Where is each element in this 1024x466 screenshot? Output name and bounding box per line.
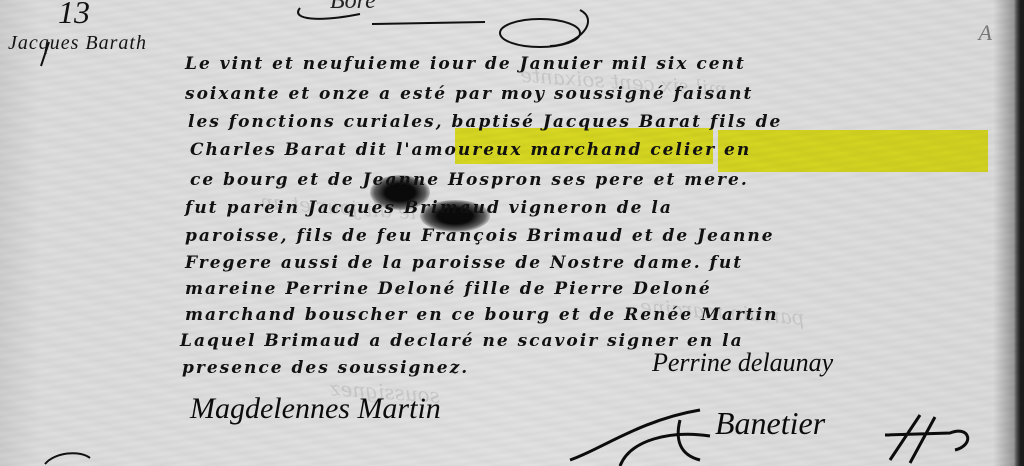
record-line-4: Charles Barat dit l'amoureux marchand ce… [190, 142, 751, 159]
record-line-6: fut parein Jacques Brimaud vigneron de l… [185, 200, 673, 217]
record-line-7: paroisse, fils de feu François Brimaud e… [185, 228, 775, 245]
paraph-flourish [880, 405, 980, 466]
entry-number: 13 [58, 0, 90, 31]
record-line-3: les fonctions curiales, baptisé Jacques … [188, 114, 782, 131]
next-entry-mark [40, 448, 100, 466]
scanned-register-page: mil six cent soixante le dit jour et an … [0, 0, 1024, 466]
header-flourish [280, 0, 600, 50]
record-line-12: presence des soussignez. [182, 360, 469, 377]
signature-banetier: Banetier [715, 405, 825, 442]
record-line-2: soixante et onze a esté par moy soussign… [185, 86, 753, 103]
signature-perrine-delaunay: Perrine delaunay [652, 348, 833, 378]
record-line-9: mareine Perrine Deloné fille de Pierre D… [185, 281, 712, 298]
margin-stroke [35, 40, 55, 70]
corner-mark: A [979, 20, 992, 46]
signature-magdelennes-martin: Magdelennes Martin [190, 392, 441, 426]
page-edge-shadow [1014, 0, 1024, 466]
record-line-8: Fregere aussi de la paroisse de Nostre d… [185, 255, 743, 272]
highlight-marchand-celier [718, 130, 988, 172]
record-line-10: marchand bouscher en ce bourg et de René… [185, 307, 778, 324]
record-line-5: ce bourg et de Jeanne Hospron ses pere e… [190, 172, 749, 189]
record-line-1: Le vint et neufuieme iour de Januier mil… [185, 56, 746, 73]
signature-flourish [560, 400, 720, 466]
margin-name: Jacques Barath [8, 32, 147, 55]
